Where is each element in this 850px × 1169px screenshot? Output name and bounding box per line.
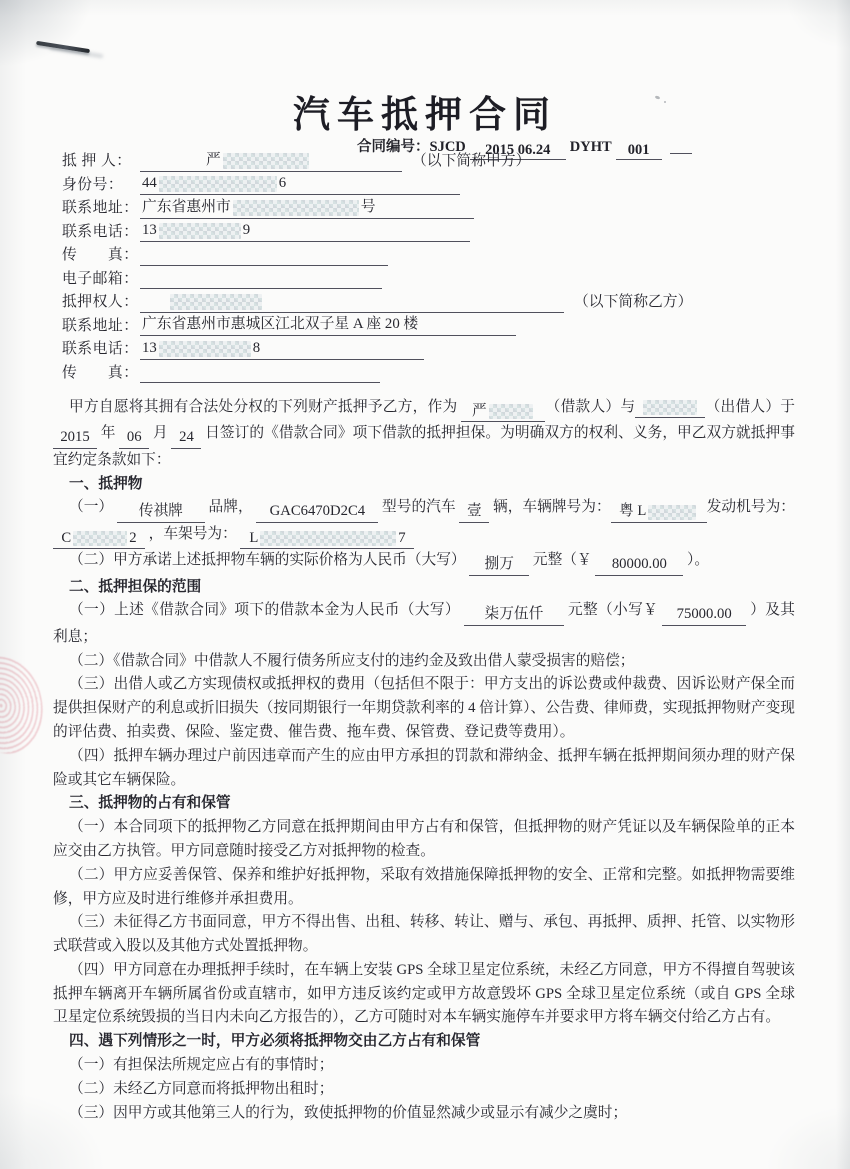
field-label: 电子邮箱： [62, 268, 140, 292]
field-value-line: 138 [140, 339, 424, 360]
field-value-line: 广东省惠州市惠城区江北双子星 A 座 20 楼 [140, 315, 516, 336]
field-label: 抵 押 人： [62, 150, 140, 174]
clause-4-2: （二）未经乙方同意而将抵押物出租时； [53, 1078, 795, 1102]
underlined-value: L7 [240, 529, 414, 549]
field-value-line: 严 [140, 151, 402, 172]
clause-1-1: （一） 传祺牌 品牌， GAC6470D2C4 型号的汽车 壹 辆，车辆牌号为：… [53, 496, 795, 549]
redaction-block [489, 404, 533, 419]
clause-1-2: （二）甲方承诺上述抵押物车辆的实际价格为人民币（大写） 捌万 元整（￥ 8000… [53, 549, 795, 575]
field-label: 传 真： [62, 244, 140, 268]
field-value-line: 广东省惠州市号 [140, 198, 474, 219]
staple-mark [36, 41, 90, 53]
form-row-id-number: 身份号：446 [62, 174, 692, 198]
underlined-value: 80000.00 [595, 556, 683, 576]
underlined-value: 传祺牌 [117, 503, 205, 523]
redaction-block [159, 223, 241, 239]
field-label: 身份号： [62, 174, 140, 198]
field-label: 抵押权人： [62, 291, 140, 315]
field-label: 联系地址： [62, 315, 140, 339]
form-row-phone-b: 联系电话：138 [62, 338, 692, 362]
contract-body: 甲方自愿将其拥有合法处分权的下列财产抵押予乙方，作为 严（借款人）与（出借人）于… [53, 396, 795, 1125]
field-value-line [140, 362, 380, 383]
section-heading-3: 三、抵押物的占有和保管 [53, 792, 795, 816]
underlined-value: 24 [171, 429, 201, 449]
clause-2-4: （四）抵押车辆办理过户前因违章而产生的应由甲方承担的罚款和滞纳金、抵押车辆在抵押… [53, 745, 795, 793]
clause-3-2: （二）甲方应妥善保管、保养和维护好抵押物，采取有效措施保障抵押物的安全、正常和完… [53, 864, 795, 912]
redaction-block [233, 200, 359, 216]
form-row-phone-a: 联系电话：139 [62, 221, 692, 245]
underlined-value: C2 [53, 529, 145, 549]
redaction-block [73, 531, 127, 546]
underlined-value: 壹 [459, 503, 489, 523]
clause-2-2: （二）《借款合同》中借款人不履行债务所应支付的违约金及致出借人蒙受损害的赔偿； [53, 650, 795, 674]
scanned-contract-page: 汽车抵押合同 合同编号：SJCD2015 06.24DYHT001 抵 押 人：… [0, 0, 850, 1169]
field-label: 联系电话： [62, 338, 140, 362]
underlined-value: 75000.00 [662, 606, 746, 626]
clause-3-1: （一）本合同项下的抵押物乙方同意在抵押期间由甲方占有和保管，但抵押物的财产凭证以… [53, 816, 795, 864]
form-row-mortgagor: 抵 押 人：严（以下简称甲方） [62, 150, 692, 174]
underlined-value: GAC6470D2C4 [256, 503, 378, 523]
section-heading-4: 四、遇下列情形之一时，甲方必须将抵押物交由乙方占有和保管 [53, 1030, 795, 1054]
underlined-value: 06 [119, 429, 149, 449]
section-heading-1: 一、抵押物 [53, 473, 795, 497]
redaction-block [260, 531, 396, 546]
clause-3-4: （四）甲方同意在办理抵押手续时，在车辆上安装 GPS 全球卫星定位系统，未经乙方… [53, 959, 795, 1030]
field-label: 联系电话： [62, 221, 140, 245]
document-title: 汽车抵押合同 [0, 84, 850, 138]
field-label: 联系地址： [62, 197, 140, 221]
clause-4-1: （一）有担保法所规定应占有的事情时； [53, 1054, 795, 1078]
underlined-value: 2015 [53, 429, 97, 449]
field-value-line [140, 245, 388, 266]
form-row-address-a: 联系地址：广东省惠州市号 [62, 197, 692, 221]
form-row-address-b: 联系地址：广东省惠州市惠城区江北双子星 A 座 20 楼 [62, 315, 692, 339]
section-heading-2: 二、抵押担保的范围 [53, 576, 795, 600]
field-suffix: （以下简称甲方） [412, 153, 530, 169]
field-value-line: 139 [140, 221, 470, 242]
field-value-line [140, 268, 382, 289]
redaction-block [648, 505, 696, 520]
form-row-mortgagee: 抵押权人：（以下简称乙方） [62, 291, 692, 315]
intro-paragraph: 甲方自愿将其拥有合法处分权的下列财产抵押予乙方，作为 严（借款人）与（出借人）于… [53, 396, 795, 473]
red-fingerprint-stamp [0, 649, 51, 761]
party-info-form: 抵 押 人：严（以下简称甲方） 身份号：446 联系地址：广东省惠州市号 联系电… [62, 150, 692, 385]
underlined-value: 严 [461, 402, 545, 422]
redaction-block [643, 400, 697, 415]
clause-2-3: （三）出借人或乙方实现债权或抵押权的费用（包括但不限于：甲方支出的诉讼费或仲裁费… [53, 673, 795, 744]
clause-4-3: （三）因甲方或其他第三人的行为，致使抵押物的价值显然减少或显示有减少之虞时； [53, 1102, 795, 1126]
redaction-block [223, 153, 309, 169]
redaction-block [159, 341, 251, 357]
form-row-email-a: 电子邮箱： [62, 268, 692, 292]
underlined-value [635, 398, 705, 418]
redaction-block [159, 176, 277, 192]
underlined-value: 捌万 [469, 556, 529, 576]
field-value-line [140, 292, 564, 313]
redaction-block [170, 294, 262, 310]
spacer [142, 160, 206, 161]
field-label: 传 真： [62, 362, 140, 386]
field-suffix: （以下简称乙方） [574, 294, 692, 310]
clause-3-3: （三）未征得乙方书面同意，甲方不得出售、出租、转移、转让、赠与、承包、再抵押、质… [53, 911, 795, 959]
form-row-fax-a: 传 真： [62, 244, 692, 268]
clause-2-1: （一）上述《借款合同》项下的借款本金为人民币（大写） 柒万伍仟 元整（小写￥ 7… [53, 599, 795, 649]
underlined-value: 粤 L [611, 503, 707, 523]
field-value-line: 446 [140, 174, 460, 195]
form-row-fax-b: 传 真： [62, 362, 692, 386]
underlined-value: 柒万伍仟 [464, 606, 564, 626]
spacer [142, 301, 168, 302]
